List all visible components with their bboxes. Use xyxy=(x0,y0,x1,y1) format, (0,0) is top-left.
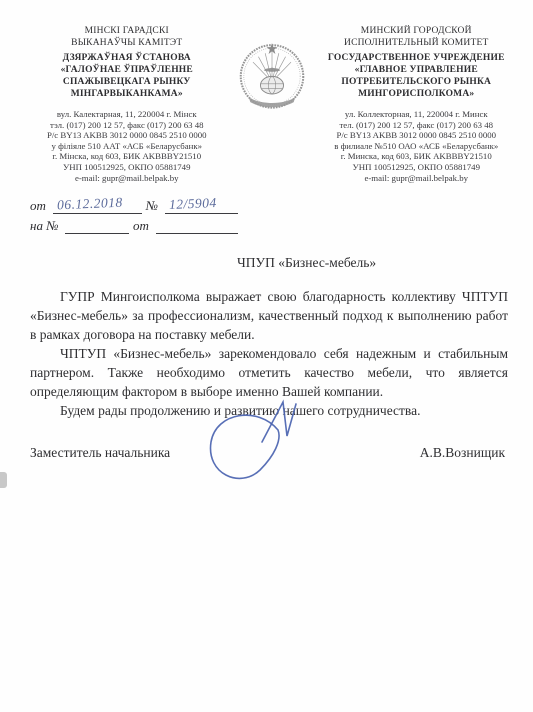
handwritten-signature xyxy=(200,396,325,491)
committee-line: МІНСКІ ГАРАДСКІ xyxy=(26,26,228,38)
address-line: e-mail: gupr@mail.belpak.by xyxy=(316,173,518,184)
address-line: УНП 100512925, ОКПО 05881749 xyxy=(316,162,518,173)
address-block-by: вул. Калектарная, 11, 220004 г. Мінск тэ… xyxy=(26,109,228,183)
from-label: от xyxy=(30,198,49,214)
address-line: e-mail: gupr@mail.belpak.by xyxy=(26,173,228,184)
handwritten-date: 06.12.2018 xyxy=(57,195,123,214)
committee-line: МИНСКИЙ ГОРОДСКОЙ xyxy=(316,26,518,38)
organization-name-ru: ГОСУДАРСТВЕННОЕ УЧРЕЖДЕНИЕ «ГЛАВНОЕ УПРА… xyxy=(316,52,518,100)
committee-name-ru: МИНСКИЙ ГОРОДСКОЙ ИСПОЛНИТЕЛЬНЫЙ КОМИТЕТ xyxy=(316,26,518,49)
number-blank-line: 12/5904 xyxy=(165,199,238,214)
address-line: в филиале №510 ОАО «АСБ «Беларусбанк» xyxy=(316,141,518,152)
address-line: Р/с BY13 AKBB 3012 0000 0845 2510 0000 xyxy=(316,130,518,141)
body-paragraph: ЧПТУП «Бизнес-мебель» зарекомендовало се… xyxy=(30,344,508,401)
organization-name-by: ДЗЯРЖАЎНАЯ ЎСТАНОВА «ГАЛОЎНАЕ ЎПРАЎЛЕННЕ… xyxy=(26,52,228,100)
signer-title: Заместитель начальника xyxy=(30,445,170,461)
recipient-line: ЧПУП «Бизнес-мебель» xyxy=(237,255,533,271)
address-line: тел. (017) 200 12 57, факс (017) 200 63 … xyxy=(316,120,518,131)
address-block-ru: ул. Коллекторная, 11, 220004 г. Минск те… xyxy=(316,109,518,183)
address-line: Р/с BY13 AKBB 3012 0000 0845 2510 0000 xyxy=(26,130,228,141)
org-line: МІНГАРВЫКАНКАМА» xyxy=(26,88,228,100)
address-line: вул. Калектарная, 11, 220004 г. Мінск xyxy=(26,109,228,120)
letterhead-left-belarusian: МІНСКІ ГАРАДСКІ ВЫКАНАЎЧЫ КАМІТЭТ ДЗЯРЖА… xyxy=(26,26,228,183)
number-label: № xyxy=(146,198,161,214)
reply-reference-line: на № от xyxy=(30,218,242,234)
letterhead: МІНСКІ ГАРАДСКІ ВЫКАНАЎЧЫ КАМІТЭТ ДЗЯРЖА… xyxy=(0,0,533,183)
reply-from-label: от xyxy=(133,218,152,234)
org-line: ПОТРЕБИТЕЛЬСКОГО РЫНКА xyxy=(316,76,518,88)
address-line: у філіяле 510 ААТ «АСБ «Беларусбанк» xyxy=(26,141,228,152)
org-line: ГОСУДАРСТВЕННОЕ УЧРЕЖДЕНИЕ xyxy=(316,52,518,64)
address-line: УНП 100512925, ОКПО 05881749 xyxy=(26,162,228,173)
reference-block: от 06.12.2018 № 12/5904 на № от xyxy=(30,198,242,234)
scan-artifact xyxy=(0,472,7,488)
committee-name-by: МІНСКІ ГАРАДСКІ ВЫКАНАЎЧЫ КАМІТЭТ xyxy=(26,26,228,49)
address-line: ул. Коллекторная, 11, 220004 г. Минск xyxy=(316,109,518,120)
address-line: г. Мінска, код 603, БИК AKBBBY21510 xyxy=(26,151,228,162)
date-blank-line: 06.12.2018 xyxy=(53,199,142,214)
committee-line: ИСПОЛНИТЕЛЬНЫЙ КОМИТЕТ xyxy=(316,38,518,50)
address-line: г. Минска, код 603, БИК AKBBBY21510 xyxy=(316,151,518,162)
outgoing-reference-line: от 06.12.2018 № 12/5904 xyxy=(30,198,242,214)
belarus-emblem-graphic xyxy=(238,39,306,111)
body-paragraph: ГУПР Мингоисполкома выражает свою благод… xyxy=(30,287,508,344)
reply-number-blank-line xyxy=(65,219,128,234)
coat-of-arms-icon xyxy=(234,26,310,183)
committee-line: ВЫКАНАЎЧЫ КАМІТЭТ xyxy=(26,38,228,50)
org-line: «ГАЛОЎНАЕ ЎПРАЎЛЕННЕ xyxy=(26,64,228,76)
org-line: «ГЛАВНОЕ УПРАВЛЕНИЕ xyxy=(316,64,518,76)
org-line: ДЗЯРЖАЎНАЯ ЎСТАНОВА xyxy=(26,52,228,64)
handwritten-number: 12/5904 xyxy=(169,195,217,213)
letterhead-right-russian: МИНСКИЙ ГОРОДСКОЙ ИСПОЛНИТЕЛЬНЫЙ КОМИТЕТ… xyxy=(316,26,518,183)
reply-number-label: на № xyxy=(30,218,61,234)
reply-date-blank-line xyxy=(156,219,238,234)
org-line: СПАЖЫВЕЦКАГА РЫНКУ xyxy=(26,76,228,88)
org-line: МИНГОРИСПОЛКОМА» xyxy=(316,88,518,100)
address-line: тэл. (017) 200 12 57, факс (017) 200 63 … xyxy=(26,120,228,131)
signer-name: А.В.Вознищик xyxy=(420,445,505,461)
scanned-letter-document: МІНСКІ ГАРАДСКІ ВЫКАНАЎЧЫ КАМІТЭТ ДЗЯРЖА… xyxy=(0,0,533,712)
